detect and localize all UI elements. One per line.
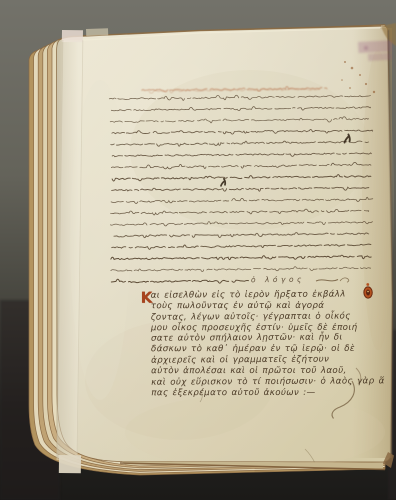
book-scene	[0, 0, 396, 500]
text-line: αι εἰσελθὼν εἰς τὸ ἱερὸν ἤρξατο ἐκβάλλ	[151, 289, 381, 301]
text-line: πας ἐξεκρέματο αὐτοῦ ἀκούων :—	[151, 387, 381, 398]
manuscript-photo: Κ αι εἰσελθὼν εἰς τὸ ἱερὸν ἤρξατο ἐκβάλλ…	[0, 0, 396, 500]
section-end-mark: ὁ λόγος	[251, 275, 305, 284]
text-line: καὶ οὐχ εὕρισκον τὸ τί ποιήσωσιν· ὁ λαὸς…	[151, 376, 381, 388]
large-text-block: Κ αι εἰσελθὼν εἰς τὸ ἱερὸν ἤρξατο ἐκβάλλ…	[151, 289, 382, 399]
text-line: μου οἶκος προσευχῆς ἐστίν· ὑμεῖς δὲ ἐποι…	[151, 322, 381, 333]
underleaf-tab	[86, 28, 108, 36]
text-line: δάσκων τὸ καθ᾿ ἡμέραν ἐν τῷ ἱερῷ· οἱ δὲ	[151, 344, 381, 355]
text-line: αὐτὸν ἀπολέσαι καὶ οἱ πρῶτοι τοῦ λαοῦ,	[151, 366, 381, 377]
text-line: ζοντας, λέγων αὐτοῖς· γέγραπται ὁ οἶκός	[151, 311, 381, 323]
text-line: τοὺς πωλοῦντας ἐν αὐτῷ καὶ ἀγορά	[151, 301, 381, 312]
text-line: ἀρχιερεῖς καὶ οἱ γραμματεῖς ἐζήτουν	[151, 354, 381, 366]
